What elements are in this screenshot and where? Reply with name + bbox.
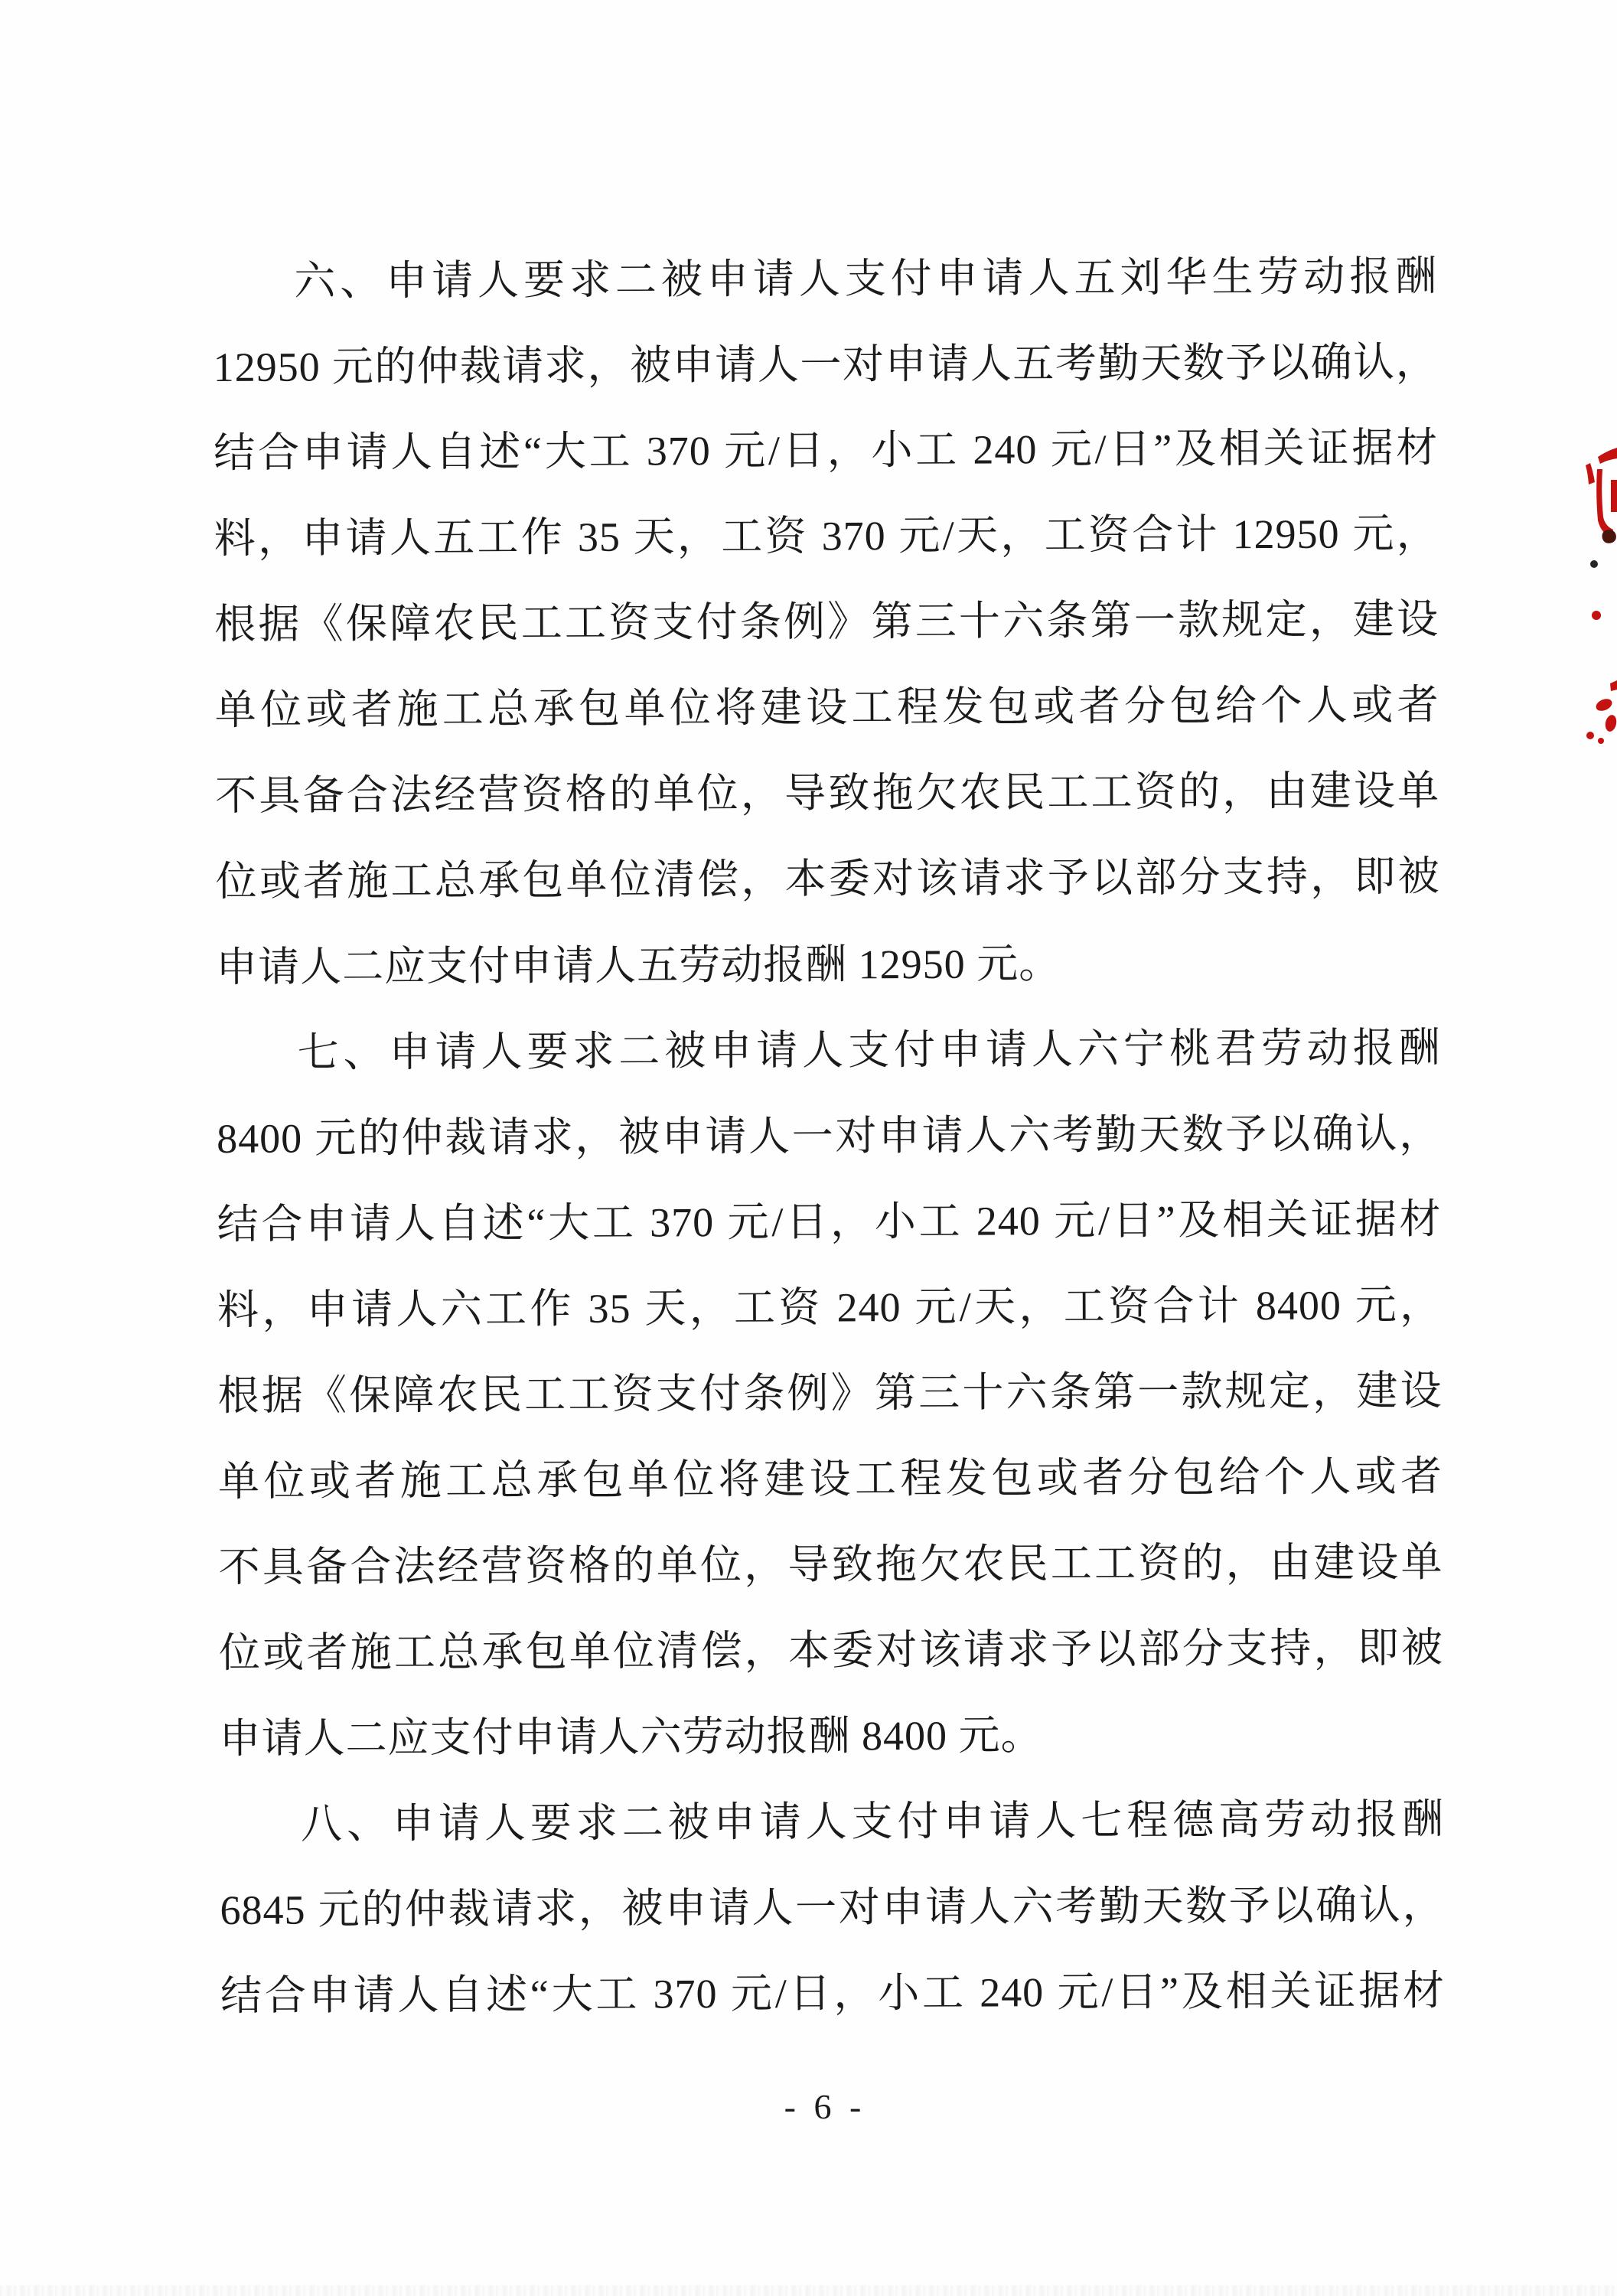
red-seal-fragment-icon xyxy=(1575,440,1617,746)
text-line: 申请人二应支付申请人五劳动报酬 12950 元。 xyxy=(216,919,1440,1010)
text-line: 8400 元的仲裁请求，被申请人一对申请人六考勤天数予以确认， xyxy=(217,1091,1441,1182)
text-line: 不具备合法经营资格的单位，导致拖欠农民工工资的，由建设单 xyxy=(215,748,1439,839)
text-line: 不具备合法经营资格的单位，导致拖欠农民工工资的，由建设单 xyxy=(218,1519,1443,1610)
text-line: 结合申请人自述“大工 370 元/日，小工 240 元/日”及相关证据材 xyxy=(220,1948,1445,2039)
text-line: 结合申请人自述“大工 370 元/日，小工 240 元/日”及相关证据材 xyxy=(214,405,1438,496)
page-number: - 6 - xyxy=(213,2086,1437,2127)
text-line: 料，申请人五工作 35 天，工资 370 元/天，工资合计 12950 元， xyxy=(214,491,1438,582)
text-line: 根据《保障农民工工资支付条例》第三十六条第一款规定，建设 xyxy=(214,576,1439,667)
text-line: 申请人二应支付申请人六劳动报酬 8400 元。 xyxy=(219,1691,1443,1782)
text-line: 6845 元的仲裁请求，被申请人一对申请人六考勤天数予以确认， xyxy=(220,1862,1444,1953)
text-line: 结合申请人自述“大工 370 元/日，小工 240 元/日”及相关证据材 xyxy=(217,1176,1441,1267)
text-line: 位或者施工总承包单位清偿，本委对该请求予以部分支持，即被 xyxy=(219,1605,1443,1696)
document-page: 六、申请人要求二被申请人支付申请人五刘华生劳动报酬12950 元的仲裁请求，被申… xyxy=(0,0,1617,2296)
text-line: 八、申请人要求二被申请人支付申请人七程德高劳动报酬 xyxy=(220,1776,1444,1867)
text-line: 七、申请人要求二被申请人支付申请人六宁桃君劳动报酬 xyxy=(216,1005,1440,1096)
text-line: 料，申请人六工作 35 天，工资 240 元/天，工资合计 8400 元， xyxy=(217,1262,1442,1353)
document-body-text: 六、申请人要求二被申请人支付申请人五刘华生劳动报酬12950 元的仲裁请求，被申… xyxy=(213,233,1445,2039)
text-line: 六、申请人要求二被申请人支付申请人五刘华生劳动报酬 xyxy=(213,233,1437,325)
text-line: 位或者施工总承包单位清偿，本委对该请求予以部分支持，即被 xyxy=(215,833,1439,925)
scan-noise-band xyxy=(0,2285,1617,2296)
text-line: 根据《保障农民工工资支付条例》第三十六条第一款规定，建设 xyxy=(217,1348,1442,1439)
text-line: 单位或者施工总承包单位将建设工程发包或者分包给个人或者 xyxy=(218,1433,1443,1525)
text-line: 12950 元的仲裁请求，被申请人一对申请人五考勤天数予以确认， xyxy=(213,319,1437,410)
text-line: 单位或者施工总承包单位将建设工程发包或者分包给个人或者 xyxy=(214,662,1439,753)
